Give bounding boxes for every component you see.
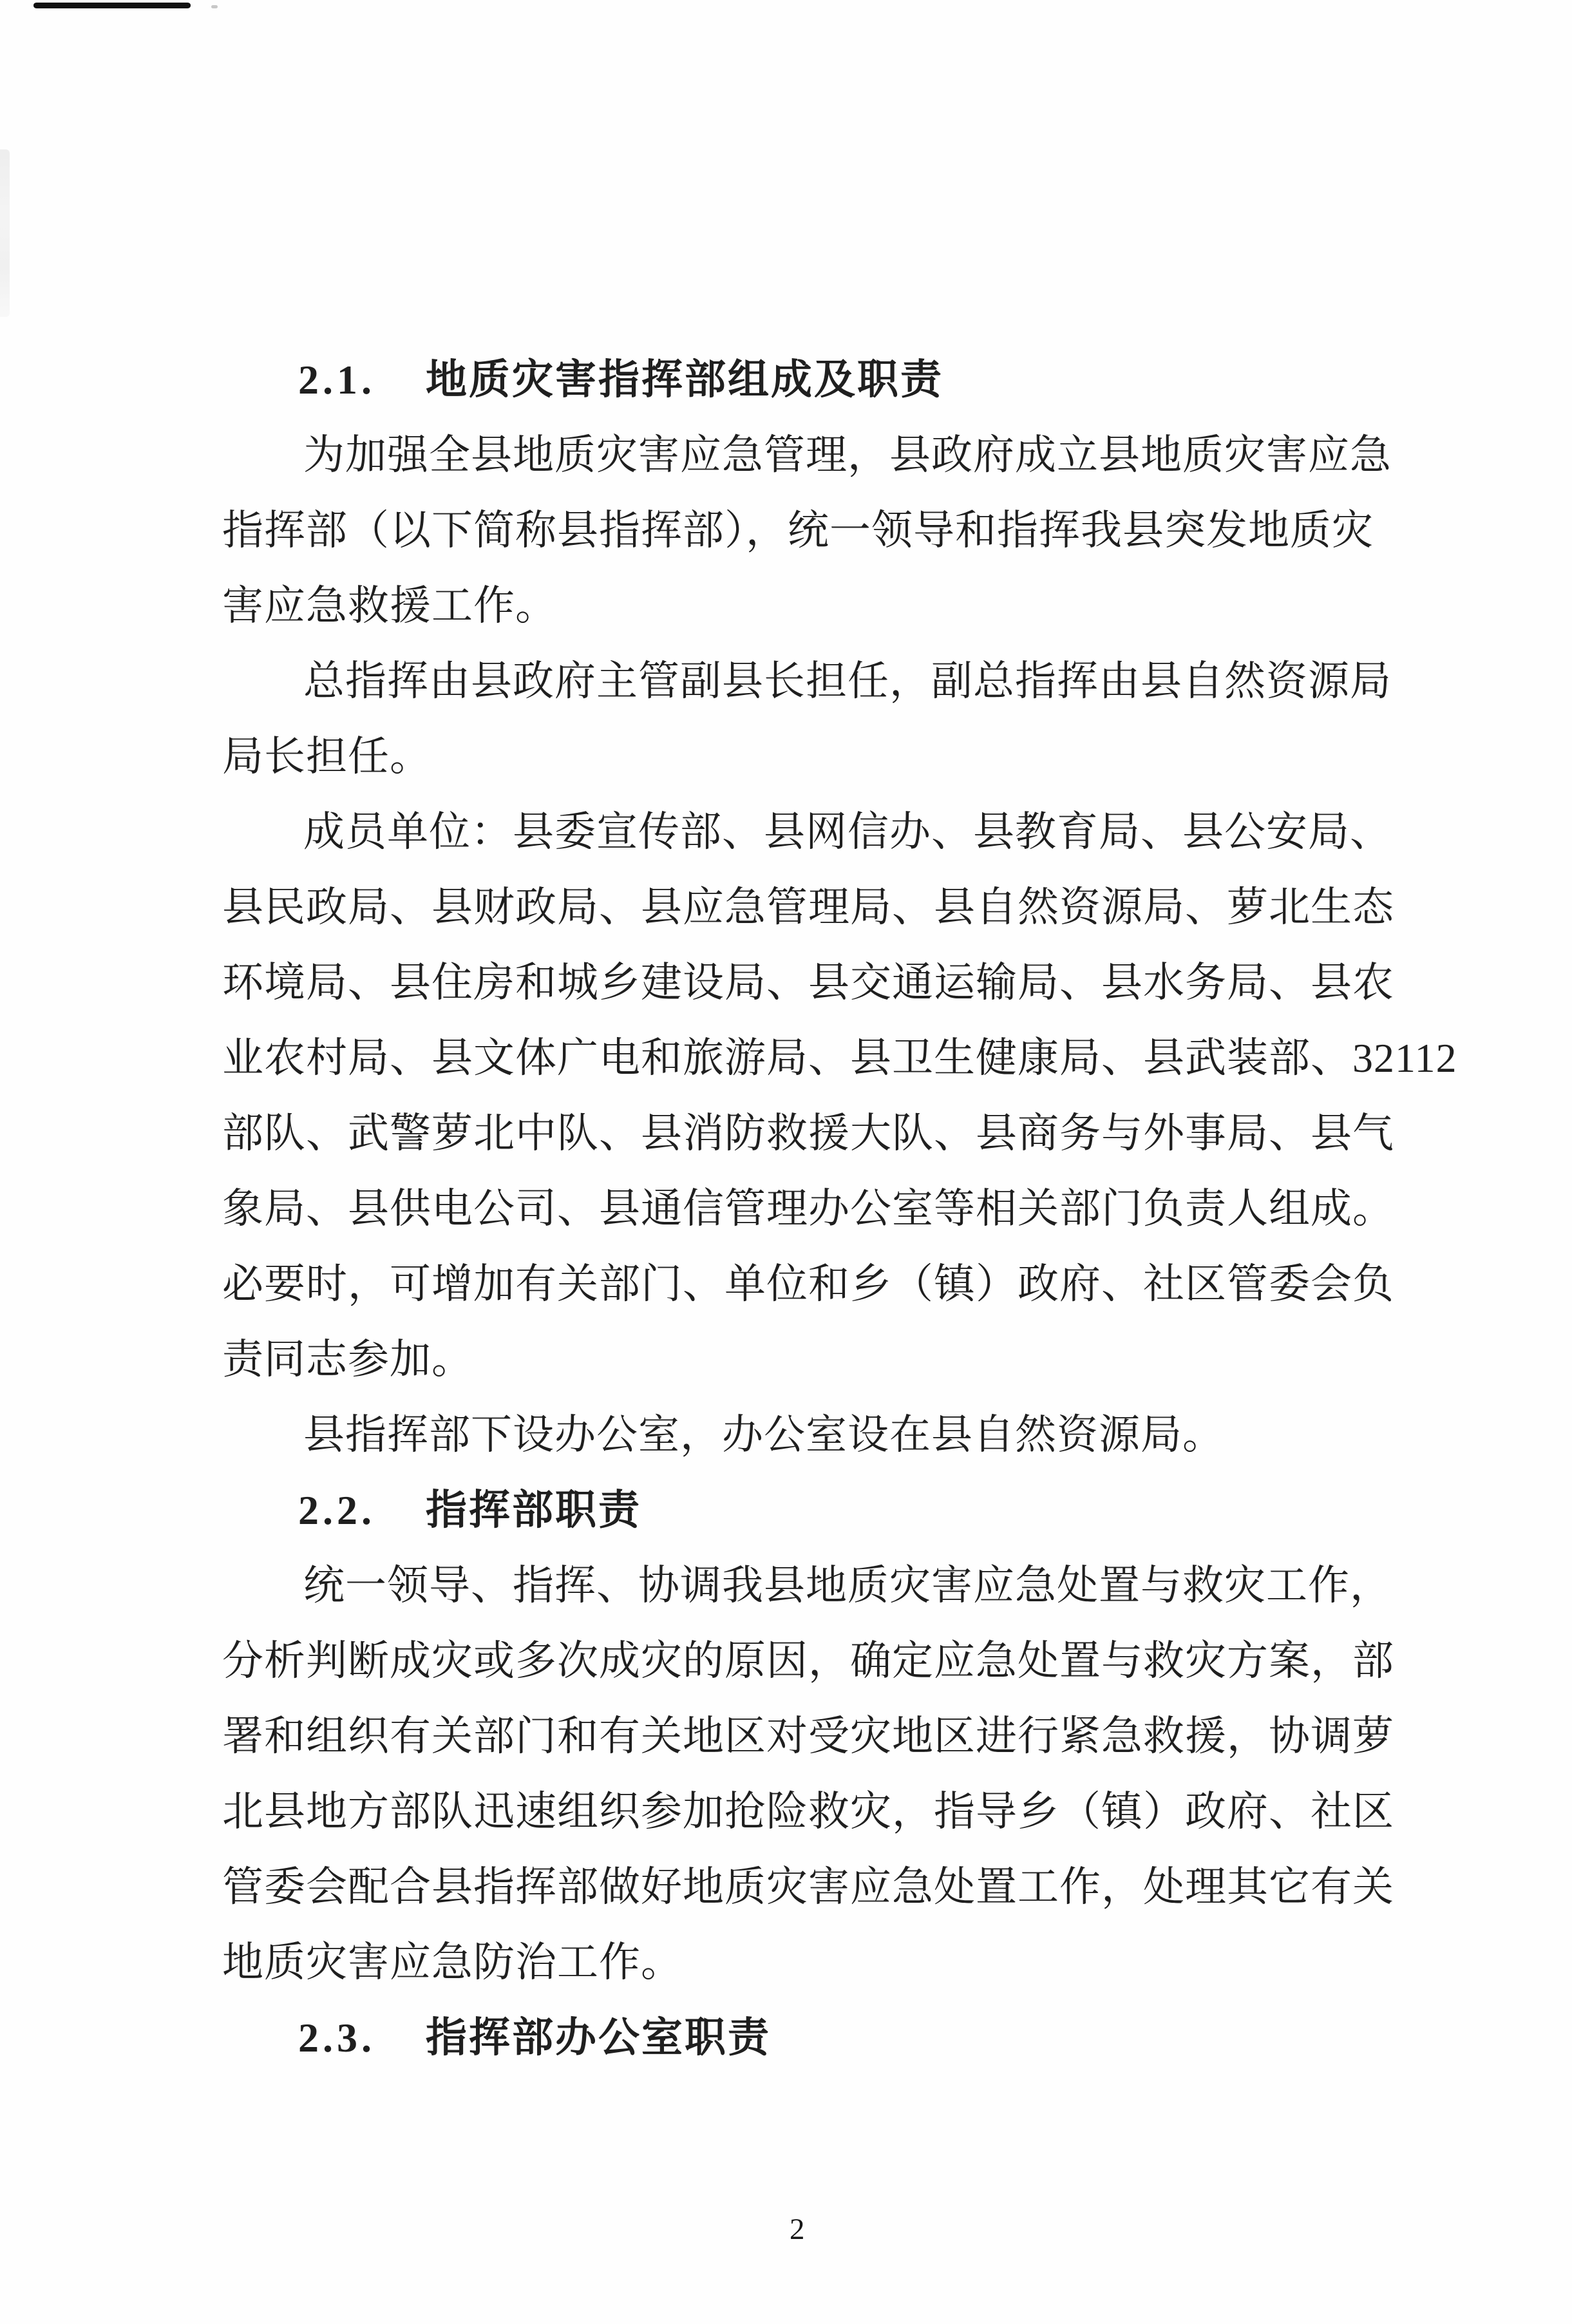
paragraph-line: 总指挥由县政府主管副县长担任，副总指挥由县自然资源局: [222, 643, 1402, 719]
section-heading-2-1: 2.1.地质灾害指挥部组成及职责: [222, 342, 1402, 417]
paragraph-line: 害应急救援工作。: [222, 568, 1402, 643]
document-page: 2.1.地质灾害指挥部组成及职责 为加强全县地质灾害应急管理，县政府成立县地质灾…: [0, 0, 1572, 2324]
heading-title: 指挥部办公室职责: [426, 2015, 771, 2061]
paragraph-line: 局长担任。: [222, 719, 1402, 794]
paragraph-line: 必要时，可增加有关部门、单位和乡（镇）政府、社区管委会负: [222, 1246, 1402, 1322]
scan-artifact-smudge: [0, 149, 10, 317]
paragraph-line: 部队、武警萝北中队、县消防救援大队、县商务与外事局、县气: [222, 1096, 1402, 1171]
section-heading-2-2: 2.2.指挥部职责: [222, 1472, 1402, 1548]
scan-artifact-line: [33, 3, 191, 8]
paragraph-line: 责同志参加。: [222, 1322, 1402, 1397]
scan-artifact-dot: [211, 5, 218, 8]
heading-number: 2.3.: [298, 2015, 375, 2061]
paragraph-line: 象局、县供电公司、县通信管理办公室等相关部门负责人组成。: [222, 1171, 1402, 1246]
heading-title: 指挥部职责: [426, 1487, 641, 1533]
paragraph-line: 地质灾害应急防治工作。: [222, 1925, 1402, 2000]
paragraph-line: 成员单位：县委宣传部、县网信办、县教育局、县公安局、: [222, 794, 1402, 870]
document-body: 2.1.地质灾害指挥部组成及职责 为加强全县地质灾害应急管理，县政府成立县地质灾…: [222, 342, 1402, 2075]
section-heading-2-3: 2.3.指挥部办公室职责: [222, 2000, 1402, 2075]
paragraph-line: 统一领导、指挥、协调我县地质灾害应急处置与救灾工作，: [222, 1548, 1402, 1623]
paragraph-line: 业农村局、县文体广电和旅游局、县卫生健康局、县武装部、32112: [222, 1020, 1402, 1096]
paragraph-line: 分析判断成灾或多次成灾的原因，确定应急处置与救灾方案，部: [222, 1623, 1402, 1699]
paragraph-line: 县民政局、县财政局、县应急管理局、县自然资源局、萝北生态: [222, 870, 1402, 945]
page-number: 2: [790, 2212, 805, 2247]
heading-number: 2.1.: [298, 357, 375, 403]
paragraph-line: 为加强全县地质灾害应急管理，县政府成立县地质灾害应急: [222, 417, 1402, 493]
paragraph-line: 指挥部（以下简称县指挥部），统一领导和指挥我县突发地质灾: [222, 493, 1402, 568]
paragraph-line: 管委会配合县指挥部做好地质灾害应急处置工作，处理其它有关: [222, 1849, 1402, 1925]
heading-number: 2.2.: [298, 1487, 375, 1533]
paragraph-line: 北县地方部队迅速组织参加抢险救灾，指导乡（镇）政府、社区: [222, 1774, 1402, 1849]
paragraph-line: 署和组织有关部门和有关地区对受灾地区进行紧急救援，协调萝: [222, 1699, 1402, 1774]
paragraph-line: 环境局、县住房和城乡建设局、县交通运输局、县水务局、县农: [222, 945, 1402, 1020]
heading-title: 地质灾害指挥部组成及职责: [426, 357, 943, 403]
paragraph-line: 县指挥部下设办公室，办公室设在县自然资源局。: [222, 1397, 1402, 1472]
